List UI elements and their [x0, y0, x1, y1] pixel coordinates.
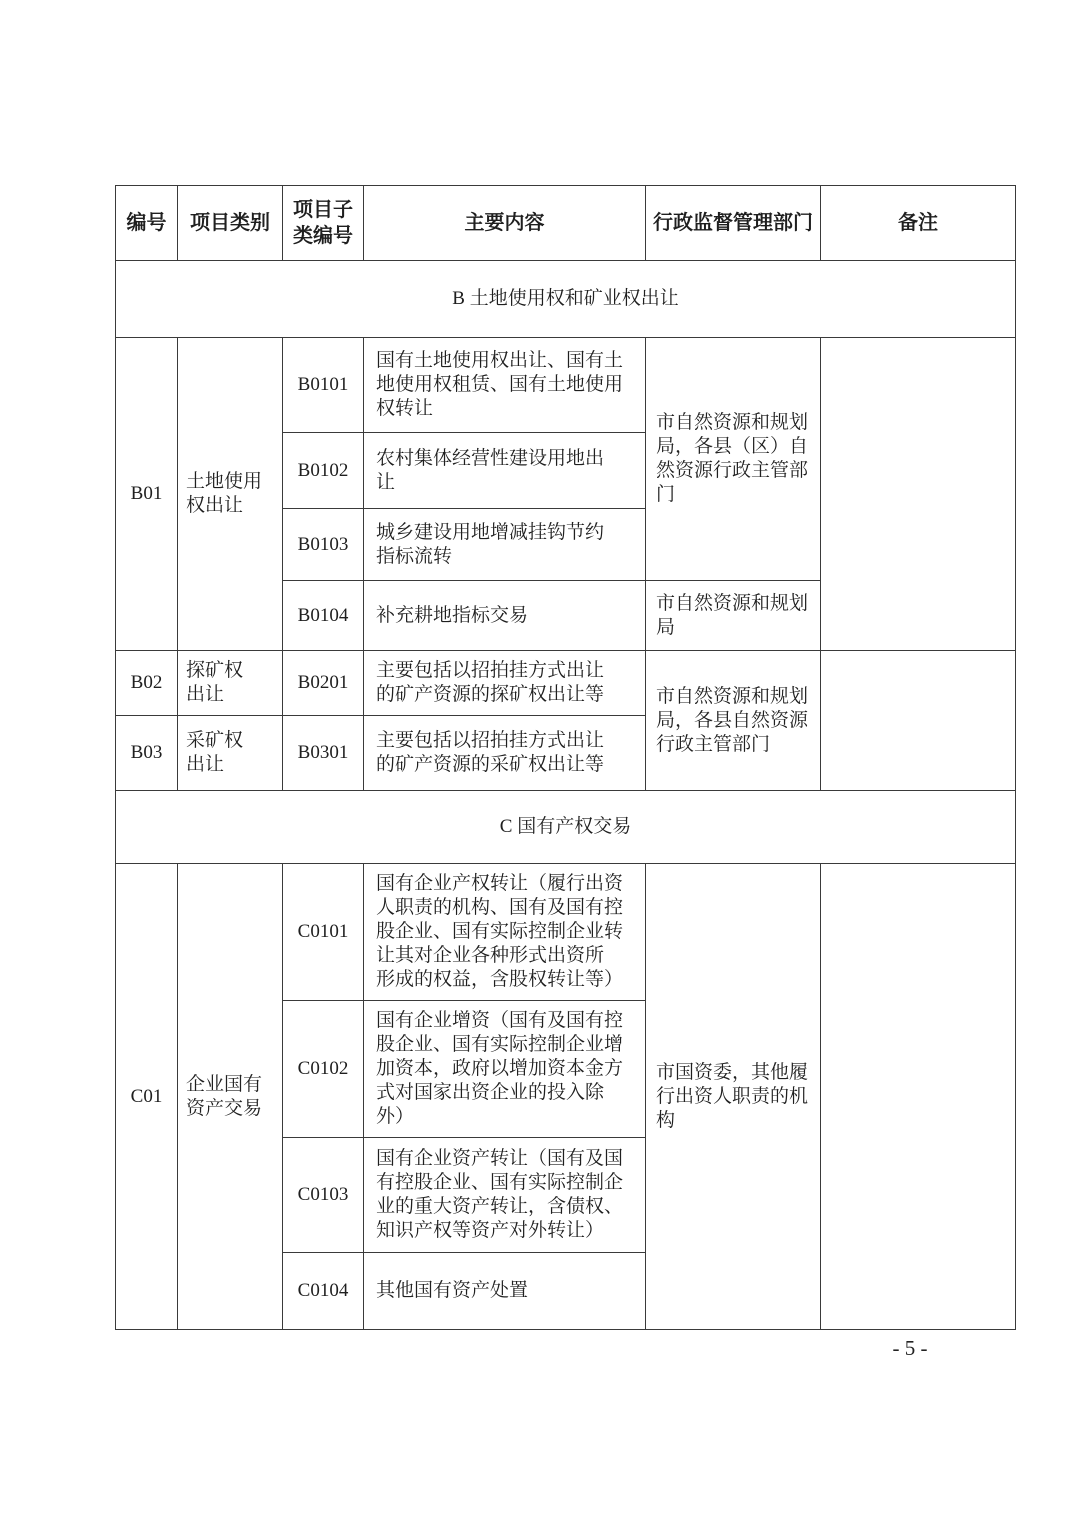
- header-cell-dept: 行政监督管理部门: [646, 186, 821, 261]
- category-cell-b02: 探矿权 出让: [178, 651, 283, 716]
- header-cell-subcode: 项目子类编号: [283, 186, 364, 261]
- table-row-b02: B02 探矿权 出让 B0201 主要包括以招拍挂方式出让 的矿产资源的探矿权出…: [116, 651, 1016, 716]
- subcode-cell-c0104: C0104: [283, 1253, 364, 1330]
- subcode-cell-b0301: B0301: [283, 716, 364, 791]
- category-cell-b03: 采矿权 出让: [178, 716, 283, 791]
- dept-cell-b0104: 市自然资源和规划 局: [646, 581, 821, 651]
- subcode-cell-c0101: C0101: [283, 864, 364, 1001]
- category-cell-c01: 企业国有 资产交易: [178, 864, 283, 1330]
- content-cell-c0101: 国有企业产权转让（履行出资 人职责的机构、国有及国有控 股企业、国有实际控制企业…: [364, 864, 646, 1001]
- subcode-cell-c0102: C0102: [283, 1001, 364, 1138]
- content-cell-b0103: 城乡建设用地增减挂钩节约 指标流转: [364, 509, 646, 581]
- dept-cell-c01: 市国资委，其他履 行出资人职责的机 构: [646, 864, 821, 1330]
- category-cell-b01: 土地使用 权出让: [178, 338, 283, 651]
- content-cell-b0104: 补充耕地指标交易: [364, 581, 646, 651]
- remark-cell-b02-b03: [821, 651, 1016, 791]
- subcode-cell-b0201: B0201: [283, 651, 364, 716]
- content-cell-b0201: 主要包括以招拍挂方式出让 的矿产资源的探矿权出让等: [364, 651, 646, 716]
- subcode-cell-c0103: C0103: [283, 1138, 364, 1253]
- dept-cell-b02-b03: 市自然资源和规划 局，各县自然资源 行政主管部门: [646, 651, 821, 791]
- section-row-b: B 土地使用权和矿业权出让: [116, 261, 1016, 338]
- content-cell-c0103: 国有企业资产转让（国有及国 有控股企业、国有实际控制企 业的重大资产转让，含债权…: [364, 1138, 646, 1253]
- subcode-cell-b0103: B0103: [283, 509, 364, 581]
- code-cell-b02: B02: [116, 651, 178, 716]
- content-cell-b0102: 农村集体经营性建设用地出 让: [364, 433, 646, 509]
- code-cell-c01: C01: [116, 864, 178, 1330]
- header-cell-code: 编号: [116, 186, 178, 261]
- content-cell-b0301: 主要包括以招拍挂方式出让 的矿产资源的采矿权出让等: [364, 716, 646, 791]
- table-row-c0101: C01 企业国有 资产交易 C0101 国有企业产权转让（履行出资 人职责的机构…: [116, 864, 1016, 1001]
- header-cell-category: 项目类别: [178, 186, 283, 261]
- subcode-cell-b0104: B0104: [283, 581, 364, 651]
- table-row-b0101: B01 土地使用 权出让 B0101 国有土地使用权出让、国有土 地使用权租赁、…: [116, 338, 1016, 433]
- section-title-c: C 国有产权交易: [116, 791, 1016, 864]
- section-row-c: C 国有产权交易: [116, 791, 1016, 864]
- code-cell-b03: B03: [116, 716, 178, 791]
- approval-items-table: 编号 项目类别 项目子类编号 主要内容 行政监督管理部门 备注 B 土地使用权和…: [115, 185, 1016, 1330]
- header-cell-remark: 备注: [821, 186, 1016, 261]
- document-page: 编号 项目类别 项目子类编号 主要内容 行政监督管理部门 备注 B 土地使用权和…: [0, 0, 1074, 1520]
- section-title-b: B 土地使用权和矿业权出让: [116, 261, 1016, 338]
- subcode-cell-b0102: B0102: [283, 433, 364, 509]
- content-cell-c0102: 国有企业增资（国有及国有控 股企业、国有实际控制企业增 加资本，政府以增加资本金…: [364, 1001, 646, 1138]
- remark-cell-c01: [821, 864, 1016, 1330]
- dept-cell-b01-main: 市自然资源和规划 局，各县（区）自 然资源行政主管部 门: [646, 338, 821, 581]
- content-cell-c0104: 其他国有资产处置: [364, 1253, 646, 1330]
- subcode-cell-b0101: B0101: [283, 338, 364, 433]
- content-cell-b0101: 国有土地使用权出让、国有土 地使用权租赁、国有土地使用 权转让: [364, 338, 646, 433]
- page-number: - 5 -: [855, 1336, 965, 1361]
- code-cell-b01: B01: [116, 338, 178, 651]
- header-cell-content: 主要内容: [364, 186, 646, 261]
- remark-cell-b01: [821, 338, 1016, 651]
- table-header-row: 编号 项目类别 项目子类编号 主要内容 行政监督管理部门 备注: [116, 186, 1016, 261]
